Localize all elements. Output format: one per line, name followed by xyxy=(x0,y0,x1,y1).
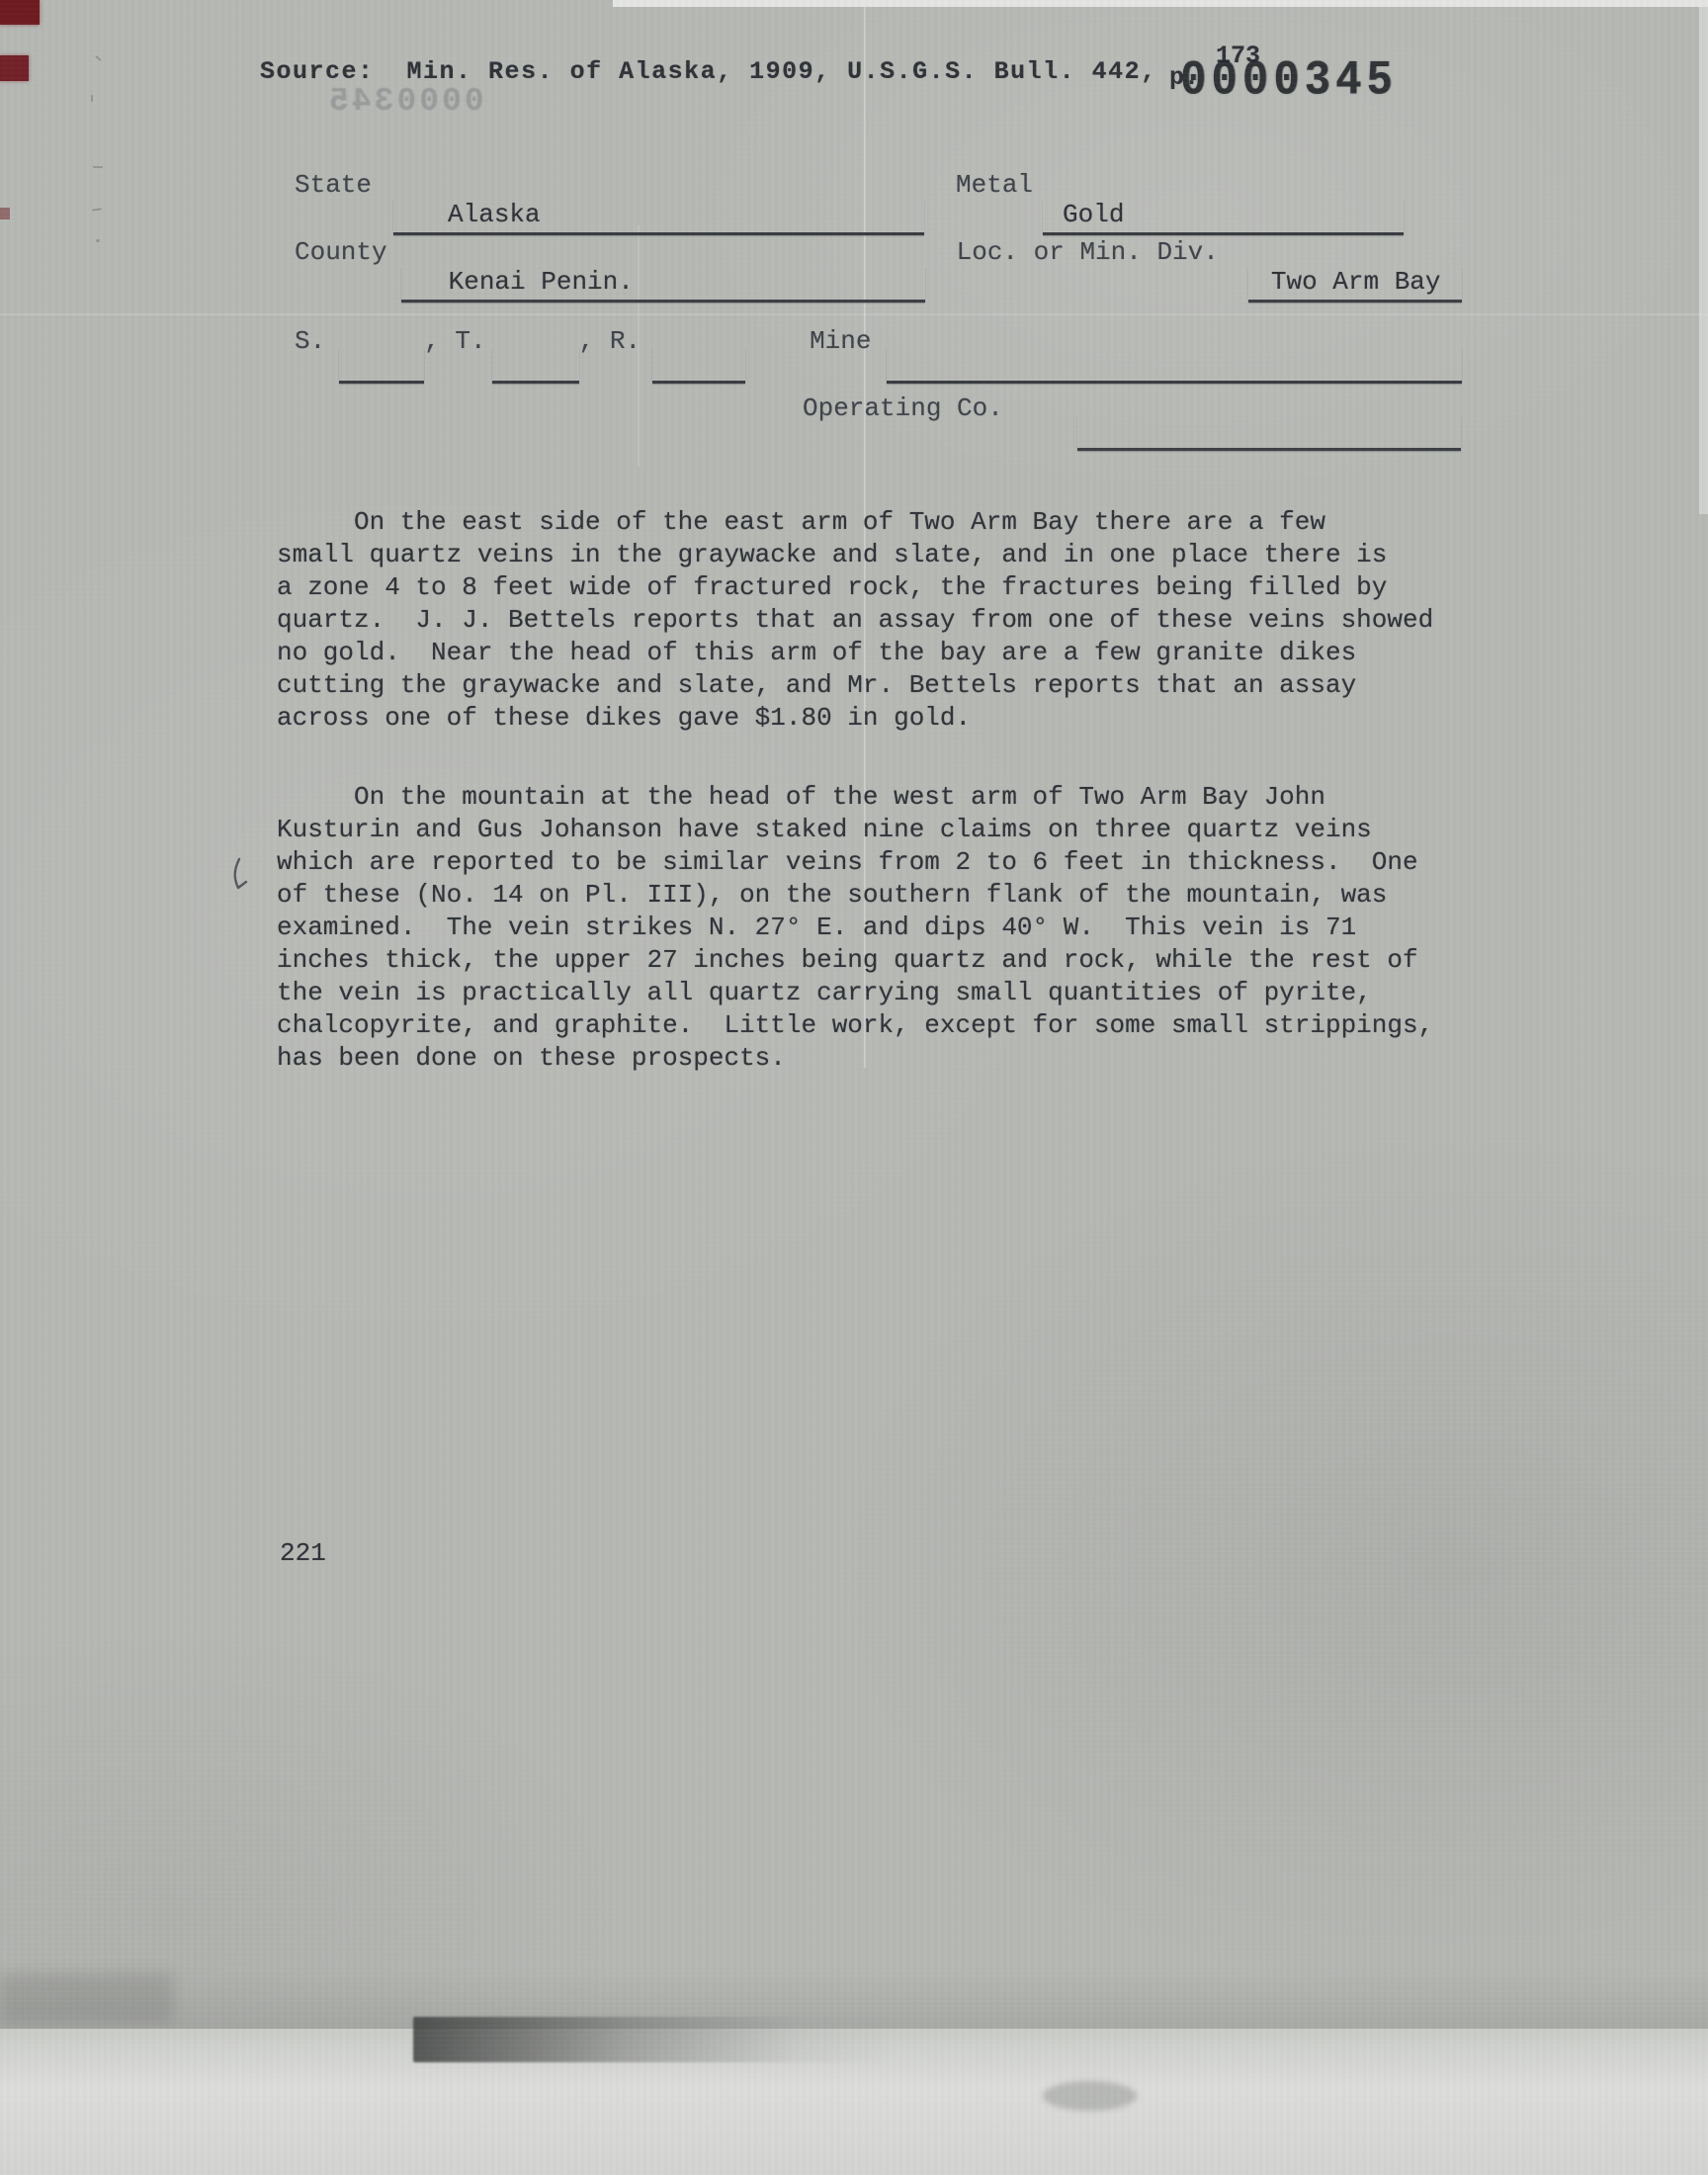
range-field xyxy=(652,348,745,384)
scan-bottom-smudge xyxy=(0,1972,173,2024)
page-number: 221 xyxy=(280,1538,326,1568)
scanned-page: Source: Min. Res. of Alaska, 1909, U.S.G… xyxy=(0,0,1708,2175)
location-label: Loc. or Min. Div. xyxy=(957,237,1219,267)
county-field: Kenai Penin. xyxy=(401,267,925,303)
township-field xyxy=(492,348,579,384)
pencil-smudge xyxy=(92,208,102,211)
scan-right-edge xyxy=(1699,0,1708,514)
metal-field: Gold xyxy=(1043,200,1404,235)
county-label: County xyxy=(295,237,387,267)
source-gap xyxy=(375,57,407,86)
metal-label: Metal xyxy=(956,170,1033,200)
paragraph-west-arm: On the mountain at the head of the west … xyxy=(277,781,1433,1075)
pen-checkmark xyxy=(225,856,253,896)
state-field: Alaska xyxy=(393,200,924,235)
mine-label: Mine xyxy=(810,326,871,356)
location-field: Two Arm Bay xyxy=(1248,267,1462,303)
pencil-smudge xyxy=(96,239,100,242)
red-edge-mark-small xyxy=(0,208,10,219)
township-label: , T. xyxy=(424,326,485,356)
scan-top-edge xyxy=(613,0,1708,7)
stamp-number: 0000345 xyxy=(1180,53,1398,109)
pencil-smudge xyxy=(95,55,102,61)
ghost-stamp-number: 0000345 xyxy=(326,83,484,120)
operating-co-label: Operating Co. xyxy=(803,393,1003,423)
red-edge-mark-second xyxy=(0,55,29,81)
paragraph-east-arm: On the east side of the east arm of Two … xyxy=(277,506,1433,735)
form-row-state-metal: State Alaska Metal Gold xyxy=(295,170,1404,206)
red-edge-mark-top xyxy=(0,0,40,25)
mine-field xyxy=(887,348,1462,384)
section-label: S. xyxy=(295,326,325,356)
state-label: State xyxy=(295,170,372,200)
range-label: , R. xyxy=(579,326,640,356)
form-row-county-location: County Kenai Penin. Loc. or Min. Div. Tw… xyxy=(295,237,1462,273)
scan-gray-blob xyxy=(1043,2081,1137,2111)
source-line: Source: Min. Res. of Alaska, 1909, U.S.G… xyxy=(260,57,1157,86)
source-citation: Min. Res. of Alaska, 1909, U.S.G.S. Bull… xyxy=(407,57,1157,86)
source-label: Source: xyxy=(260,57,375,86)
form-row-operating-co: Operating Co. xyxy=(803,380,1461,423)
form-row-section-township-range-mine: S. , T. , R. Mine xyxy=(295,312,1462,356)
operating-co-field xyxy=(1077,415,1461,451)
pencil-smudge xyxy=(91,95,93,102)
section-field xyxy=(339,348,424,384)
pencil-smudge xyxy=(93,166,103,168)
scan-gradient-streak xyxy=(413,2017,890,2062)
